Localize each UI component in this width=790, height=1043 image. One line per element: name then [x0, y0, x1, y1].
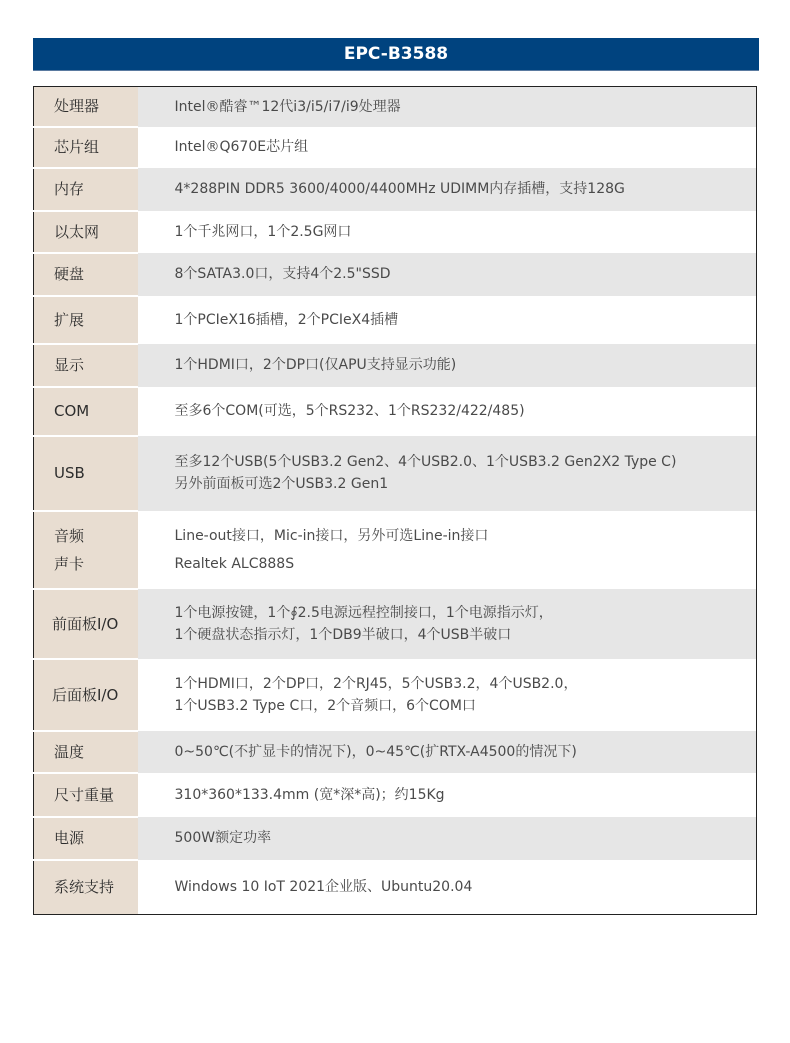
row-label: USB — [34, 436, 138, 511]
value-text: Realtek ALC888S — [175, 550, 757, 578]
value-text: 1个PCIeX16插槽，2个PCIeX4插槽 — [175, 309, 757, 331]
value-text: 1个USB3.2 Type C口，2个音频口，6个COM口 — [175, 695, 757, 717]
label-text: 电源 — [54, 824, 138, 852]
row-label: 硬盘 — [34, 253, 138, 296]
value-text: Intel®Q670E芯片组 — [175, 136, 757, 158]
label-text: 尺寸重量 — [54, 781, 138, 809]
value-text: 1个HDMI口，2个DP口(仅APU支持显示功能) — [175, 354, 757, 376]
value-text: 4*288PIN DDR5 3600/4000/4400MHz UDIMM内存插… — [175, 178, 757, 200]
row-value: 8个SATA3.0口，支持4个2.5"SSD — [138, 253, 757, 296]
row-value: 4*288PIN DDR5 3600/4000/4400MHz UDIMM内存插… — [138, 168, 757, 211]
row-cpu: 处理器 Intel®酷睿™12代i3/i5/i7/i9处理器 — [34, 87, 757, 127]
label-text: 芯片组 — [54, 133, 138, 161]
row-value: Intel®酷睿™12代i3/i5/i7/i9处理器 — [138, 87, 757, 127]
label-text: 音频 — [54, 522, 138, 550]
row-value: Intel®Q670E芯片组 — [138, 127, 757, 168]
row-value: 至多6个COM(可选，5个RS232、1个RS232/422/485) — [138, 387, 757, 436]
value-text: 另外前面板可选2个USB3.2 Gen1 — [175, 473, 757, 495]
row-dimensions: 尺寸重量 310*360*133.4mm (宽*深*高)；约15Kg — [34, 773, 757, 817]
label-text: 处理器 — [54, 92, 138, 120]
label-text: 前面板I/O — [52, 610, 138, 638]
row-front-io: 前面板I/O 1个电源按键，1个∮2.5电源远程控制接口，1个电源指示灯， 1个… — [34, 589, 757, 659]
row-value: 0~50℃(不扩显卡的情况下)，0~45℃(扩RTX-A4500的情况下) — [138, 731, 757, 773]
row-value: 310*360*133.4mm (宽*深*高)；约15Kg — [138, 773, 757, 817]
label-text: COM — [54, 397, 138, 425]
row-memory: 内存 4*288PIN DDR5 3600/4000/4400MHz UDIMM… — [34, 168, 757, 211]
row-label: 前面板I/O — [34, 589, 138, 659]
value-text: 500W额定功率 — [175, 827, 757, 849]
spec-table: 处理器 Intel®酷睿™12代i3/i5/i7/i9处理器 芯片组 Intel… — [33, 86, 757, 915]
row-label: 芯片组 — [34, 127, 138, 168]
row-value: 1个HDMI口，2个DP口，2个RJ45，5个USB3.2，4个USB2.0， … — [138, 659, 757, 731]
label-text: 内存 — [54, 175, 138, 203]
row-value: 1个PCIeX16插槽，2个PCIeX4插槽 — [138, 296, 757, 344]
row-label: 显示 — [34, 344, 138, 387]
value-text: 1个千兆网口，1个2.5G网口 — [175, 221, 757, 243]
row-value: 1个千兆网口，1个2.5G网口 — [138, 211, 757, 253]
row-label: 以太网 — [34, 211, 138, 253]
row-com: COM 至多6个COM(可选，5个RS232、1个RS232/422/485) — [34, 387, 757, 436]
row-temperature: 温度 0~50℃(不扩显卡的情况下)，0~45℃(扩RTX-A4500的情况下) — [34, 731, 757, 773]
value-text: 310*360*133.4mm (宽*深*高)；约15Kg — [175, 784, 757, 806]
row-label: COM — [34, 387, 138, 436]
row-value: 1个电源按键，1个∮2.5电源远程控制接口，1个电源指示灯， 1个硬盘状态指示灯… — [138, 589, 757, 659]
label-text: 显示 — [54, 351, 138, 379]
row-label: 尺寸重量 — [34, 773, 138, 817]
value-text: 至多12个USB(5个USB3.2 Gen2、4个USB2.0、1个USB3.2… — [175, 451, 757, 473]
value-text: Windows 10 IoT 2021企业版、Ubuntu20.04 — [175, 876, 757, 898]
row-usb: USB 至多12个USB(5个USB3.2 Gen2、4个USB2.0、1个US… — [34, 436, 757, 511]
label-text: 硬盘 — [54, 260, 138, 288]
row-label: 电源 — [34, 817, 138, 860]
label-text: 声卡 — [54, 550, 138, 578]
row-label: 音频 声卡 — [34, 511, 138, 589]
row-rear-io: 后面板I/O 1个HDMI口，2个DP口，2个RJ45，5个USB3.2，4个U… — [34, 659, 757, 731]
row-value: Line-out接口，Mic-in接口，另外可选Line-in接口 Realte… — [138, 511, 757, 589]
value-text: Intel®酷睿™12代i3/i5/i7/i9处理器 — [175, 96, 757, 118]
value-text: 至多6个COM(可选，5个RS232、1个RS232/422/485) — [175, 400, 757, 422]
row-label: 温度 — [34, 731, 138, 773]
label-text: USB — [54, 459, 138, 487]
value-text: 8个SATA3.0口，支持4个2.5"SSD — [175, 263, 757, 285]
value-text: 1个电源按键，1个∮2.5电源远程控制接口，1个电源指示灯， — [175, 602, 757, 624]
row-label: 系统支持 — [34, 860, 138, 915]
row-power: 电源 500W额定功率 — [34, 817, 757, 860]
value-text: 0~50℃(不扩显卡的情况下)，0~45℃(扩RTX-A4500的情况下) — [175, 741, 757, 763]
row-os: 系统支持 Windows 10 IoT 2021企业版、Ubuntu20.04 — [34, 860, 757, 915]
row-label: 处理器 — [34, 87, 138, 127]
row-value: 1个HDMI口，2个DP口(仅APU支持显示功能) — [138, 344, 757, 387]
row-value: Windows 10 IoT 2021企业版、Ubuntu20.04 — [138, 860, 757, 915]
row-display: 显示 1个HDMI口，2个DP口(仅APU支持显示功能) — [34, 344, 757, 387]
row-ethernet: 以太网 1个千兆网口，1个2.5G网口 — [34, 211, 757, 253]
row-value: 500W额定功率 — [138, 817, 757, 860]
label-text: 扩展 — [54, 306, 138, 334]
value-text: 1个硬盘状态指示灯，1个DB9半破口，4个USB半破口 — [175, 624, 757, 646]
label-text: 后面板I/O — [52, 681, 138, 709]
row-label: 内存 — [34, 168, 138, 211]
value-text: Line-out接口，Mic-in接口，另外可选Line-in接口 — [175, 522, 757, 550]
row-expansion: 扩展 1个PCIeX16插槽，2个PCIeX4插槽 — [34, 296, 757, 344]
label-text: 温度 — [54, 738, 138, 766]
row-value: 至多12个USB(5个USB3.2 Gen2、4个USB2.0、1个USB3.2… — [138, 436, 757, 511]
product-title: EPC-B3588 — [33, 38, 759, 71]
row-label: 扩展 — [34, 296, 138, 344]
value-text: 1个HDMI口，2个DP口，2个RJ45，5个USB3.2，4个USB2.0， — [175, 673, 757, 695]
label-text: 以太网 — [54, 218, 138, 246]
row-label: 后面板I/O — [34, 659, 138, 731]
row-chipset: 芯片组 Intel®Q670E芯片组 — [34, 127, 757, 168]
label-text: 系统支持 — [54, 873, 138, 901]
row-audio: 音频 声卡 Line-out接口，Mic-in接口，另外可选Line-in接口 … — [34, 511, 757, 589]
row-storage: 硬盘 8个SATA3.0口，支持4个2.5"SSD — [34, 253, 757, 296]
